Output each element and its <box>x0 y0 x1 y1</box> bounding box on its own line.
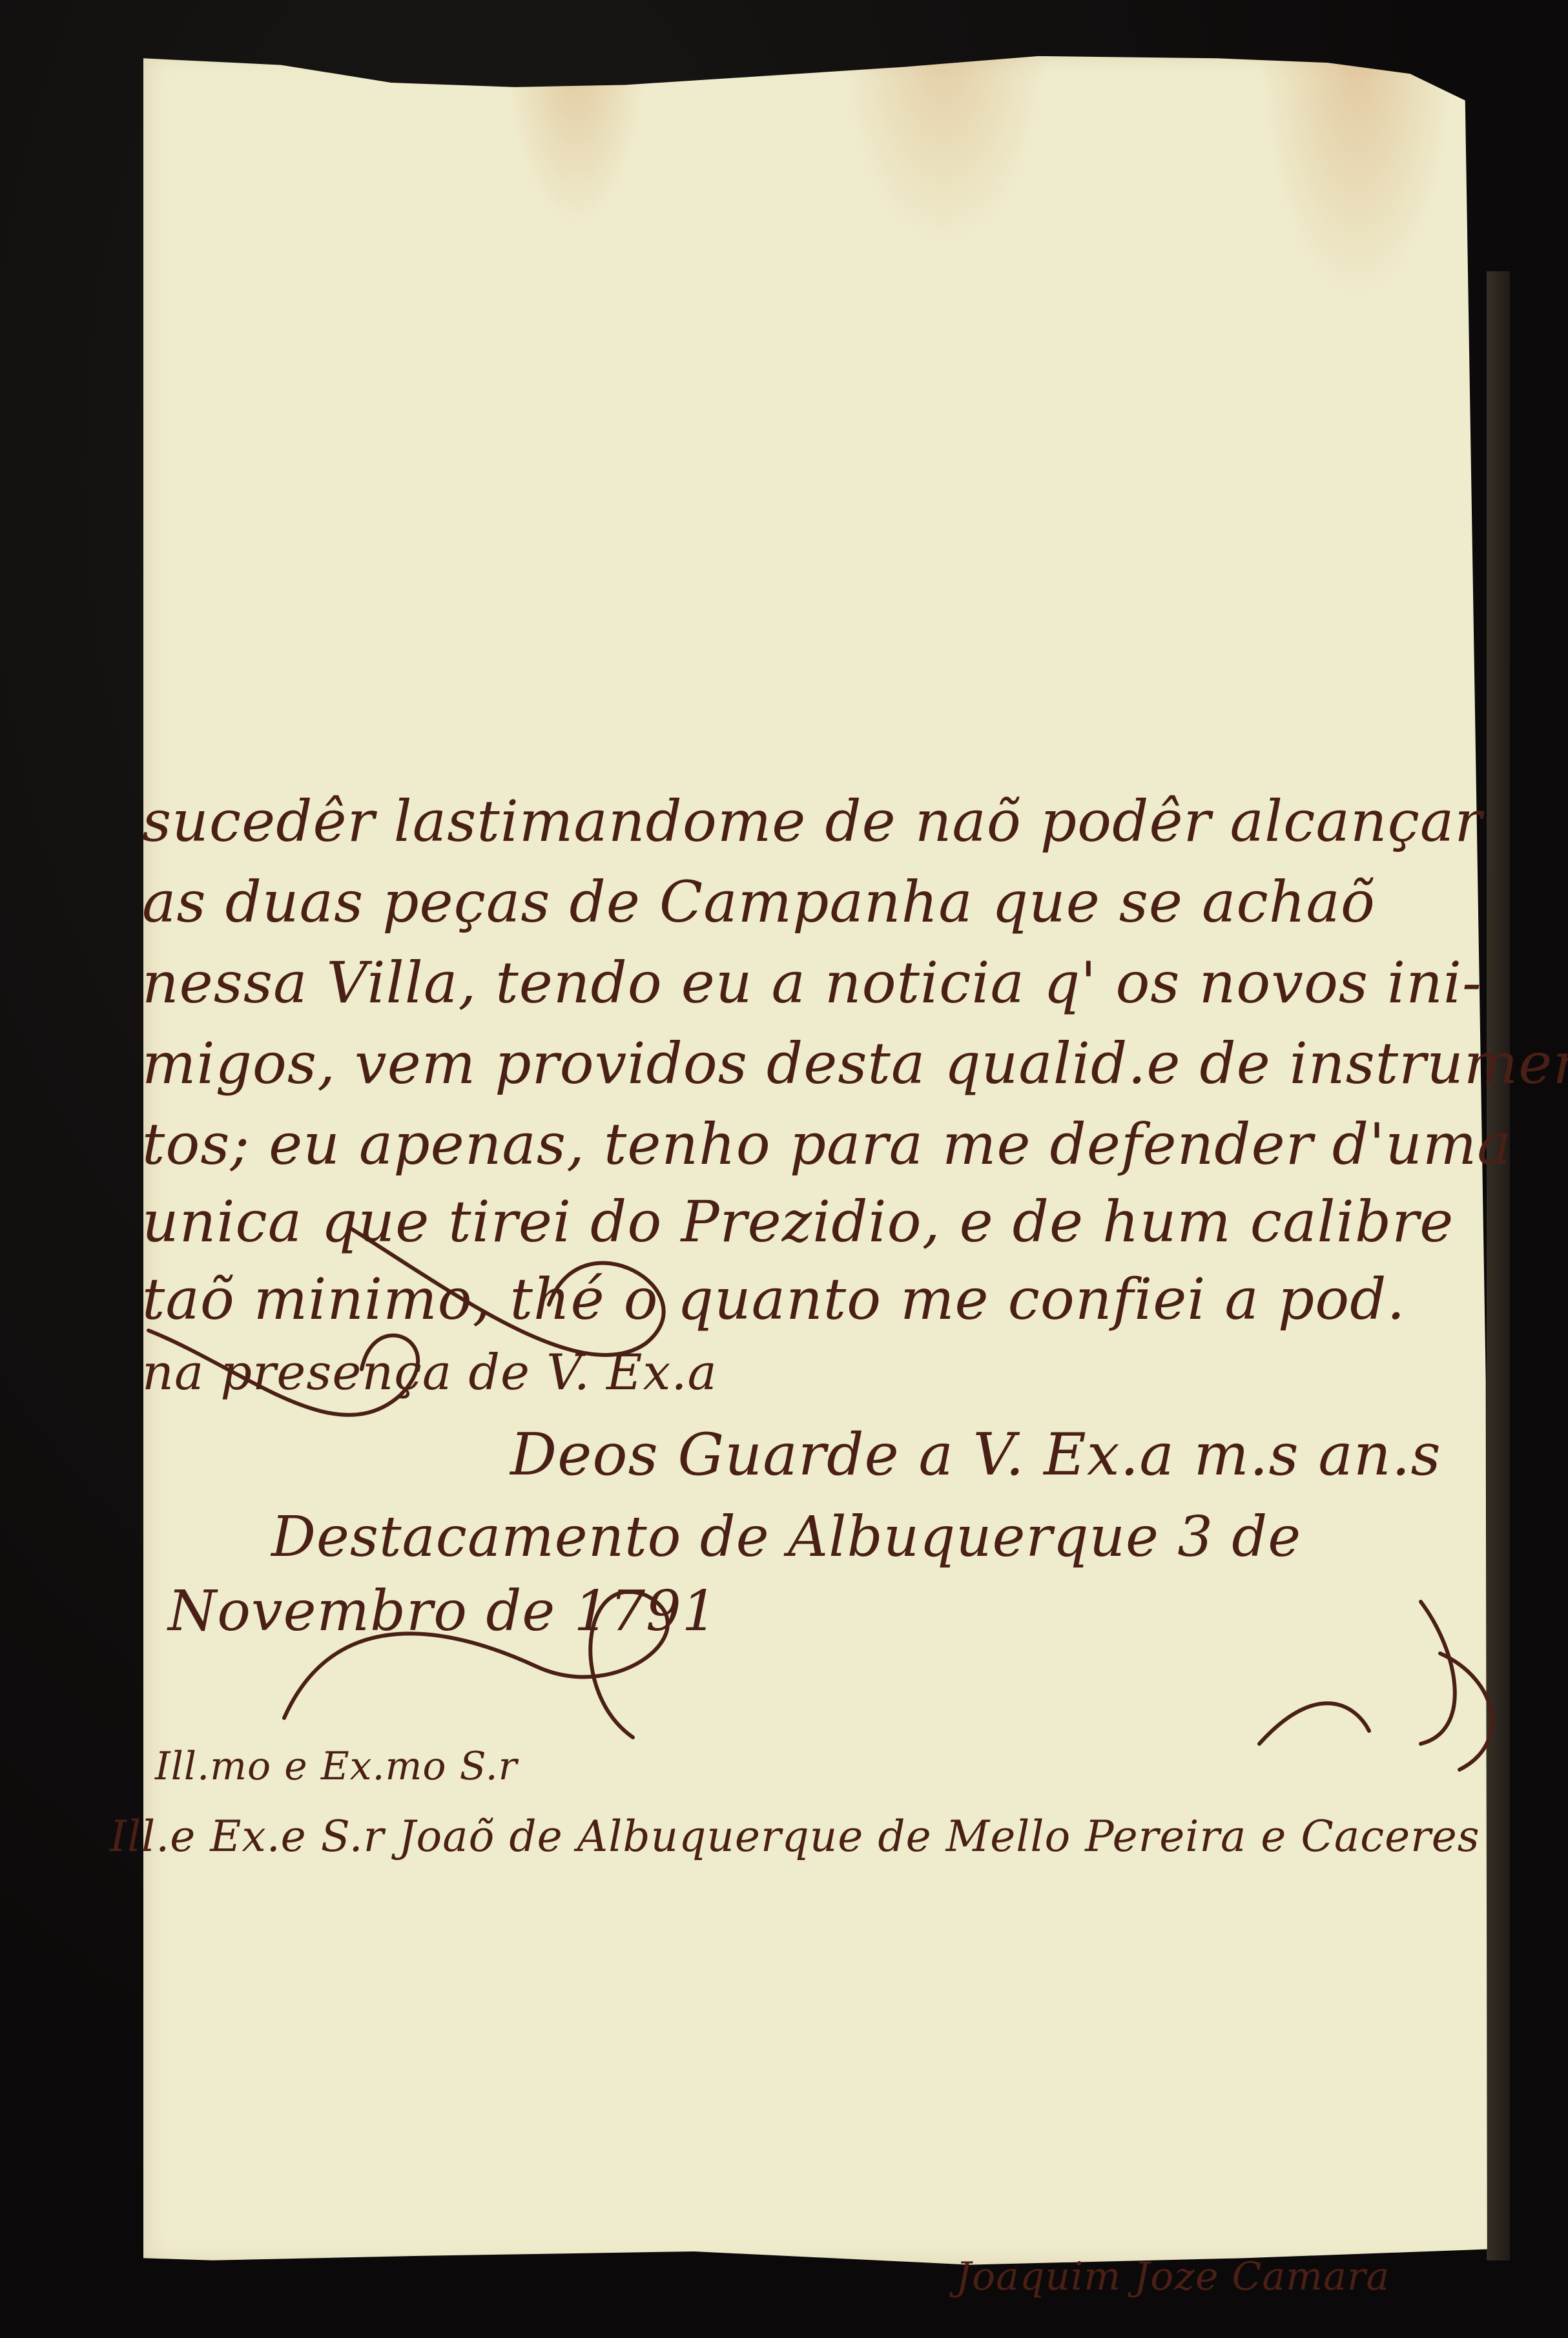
page-edge <box>1487 271 1510 2260</box>
body-line-8: na presença de V. Ex.a <box>142 1343 717 1401</box>
body-line-2: as duas peças de Campanha que se achaõ <box>142 869 1376 935</box>
body-line-3: nessa Villa, tendo eu a noticia q' os no… <box>142 949 1482 1016</box>
body-line-4: migos, vem providos desta qualid.e de in… <box>142 1030 1568 1097</box>
closing-line-3: Novembro de 1791 <box>168 1579 717 1644</box>
body-line-1: sucedêr lastimandome de naõ podêr alcanç… <box>142 788 1482 854</box>
body-line-7: taõ minimo, thé o quanto me confiei a po… <box>142 1266 1405 1332</box>
addressee-line-1: Ill.mo e Ex.mo S.r <box>155 1744 517 1789</box>
closing-line-2: Destacamento de Albuquerque 3 de <box>271 1505 1301 1569</box>
addressee-line-2: Ill.e Ex.e S.r Joaõ de Albuquerque de Me… <box>110 1812 1480 1861</box>
closing-line-1: Deos Guarde a V. Ex.a m.s an.s <box>510 1421 1441 1489</box>
signature: Joaquim Joze Camara <box>956 2254 1390 2299</box>
body-line-5: tos; eu apenas, tenho para me defender d… <box>142 1111 1512 1177</box>
body-line-6: unica que tirei do Prezidio, e de hum ca… <box>142 1188 1454 1255</box>
